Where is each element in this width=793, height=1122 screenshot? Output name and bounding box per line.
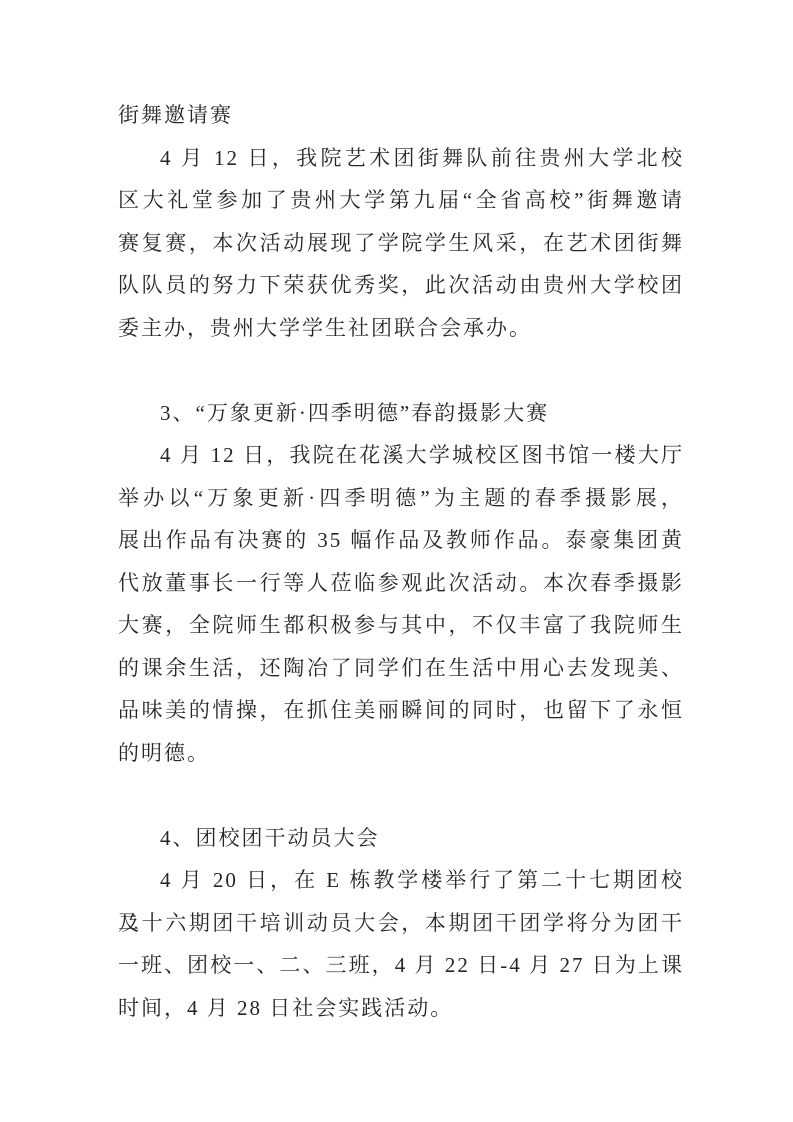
text-line: 展出作品有决赛的 35 幅作品及教师作品。泰豪集团黄	[118, 519, 684, 562]
text-line: 大赛，全院师生都积极参与其中，不仅丰富了我院师生	[118, 604, 684, 647]
heading-line: 4、团校团干动员大会	[118, 817, 684, 860]
text-line: 街舞邀请赛	[118, 94, 684, 137]
document-page: 街舞邀请赛4 月 12 日，我院艺术团街舞队前往贵州大学北校区大礼堂参加了贵州大…	[0, 0, 793, 1122]
text-line: 4 月 20 日，在 E 栋教学楼举行了第二十七期团校及	[118, 859, 684, 902]
document-content: 街舞邀请赛4 月 12 日，我院艺术团街舞队前往贵州大学北校区大礼堂参加了贵州大…	[118, 94, 684, 1029]
text-line: 队队员的努力下荣获优秀奖，此次活动由贵州大学校团	[118, 264, 684, 307]
blank-line	[118, 774, 684, 817]
text-line: 委主办，贵州大学学生社团联合会承办。	[118, 307, 684, 350]
text-line: 的课余生活，还陶冶了同学们在生活中用心去发现美、	[118, 647, 684, 690]
text-line: 4 月 12 日，我院在花溪大学城校区图书馆一楼大厅	[118, 434, 684, 477]
text-line: 4 月 12 日，我院艺术团街舞队前往贵州大学北校	[118, 137, 684, 180]
heading-line: 3、“万象更新·四季明德”春韵摄影大赛	[118, 392, 684, 435]
text-line: 举办以“万象更新·四季明德”为主题的春季摄影展，	[118, 477, 684, 520]
text-line: 二十六期团干培训动员大会，本期团干团学将分为团干	[118, 902, 684, 945]
text-line: 区大礼堂参加了贵州大学第九届“全省高校”街舞邀请	[118, 179, 684, 222]
text-line: 的明德。	[118, 732, 684, 775]
blank-line	[118, 349, 684, 392]
text-line: 代放董事长一行等人莅临参观此次活动。本次春季摄影	[118, 562, 684, 605]
text-line: 赛复赛，本次活动展现了学院学生风采，在艺术团街舞	[118, 222, 684, 265]
text-line: 时间，4 月 28 日社会实践活动。	[118, 987, 684, 1030]
text-line: 品味美的情操，在抓住美丽瞬间的同时，也留下了永恒	[118, 689, 684, 732]
text-line: 一班、团校一、二、三班，4 月 22 日-4 月 27 日为上课	[118, 944, 684, 987]
